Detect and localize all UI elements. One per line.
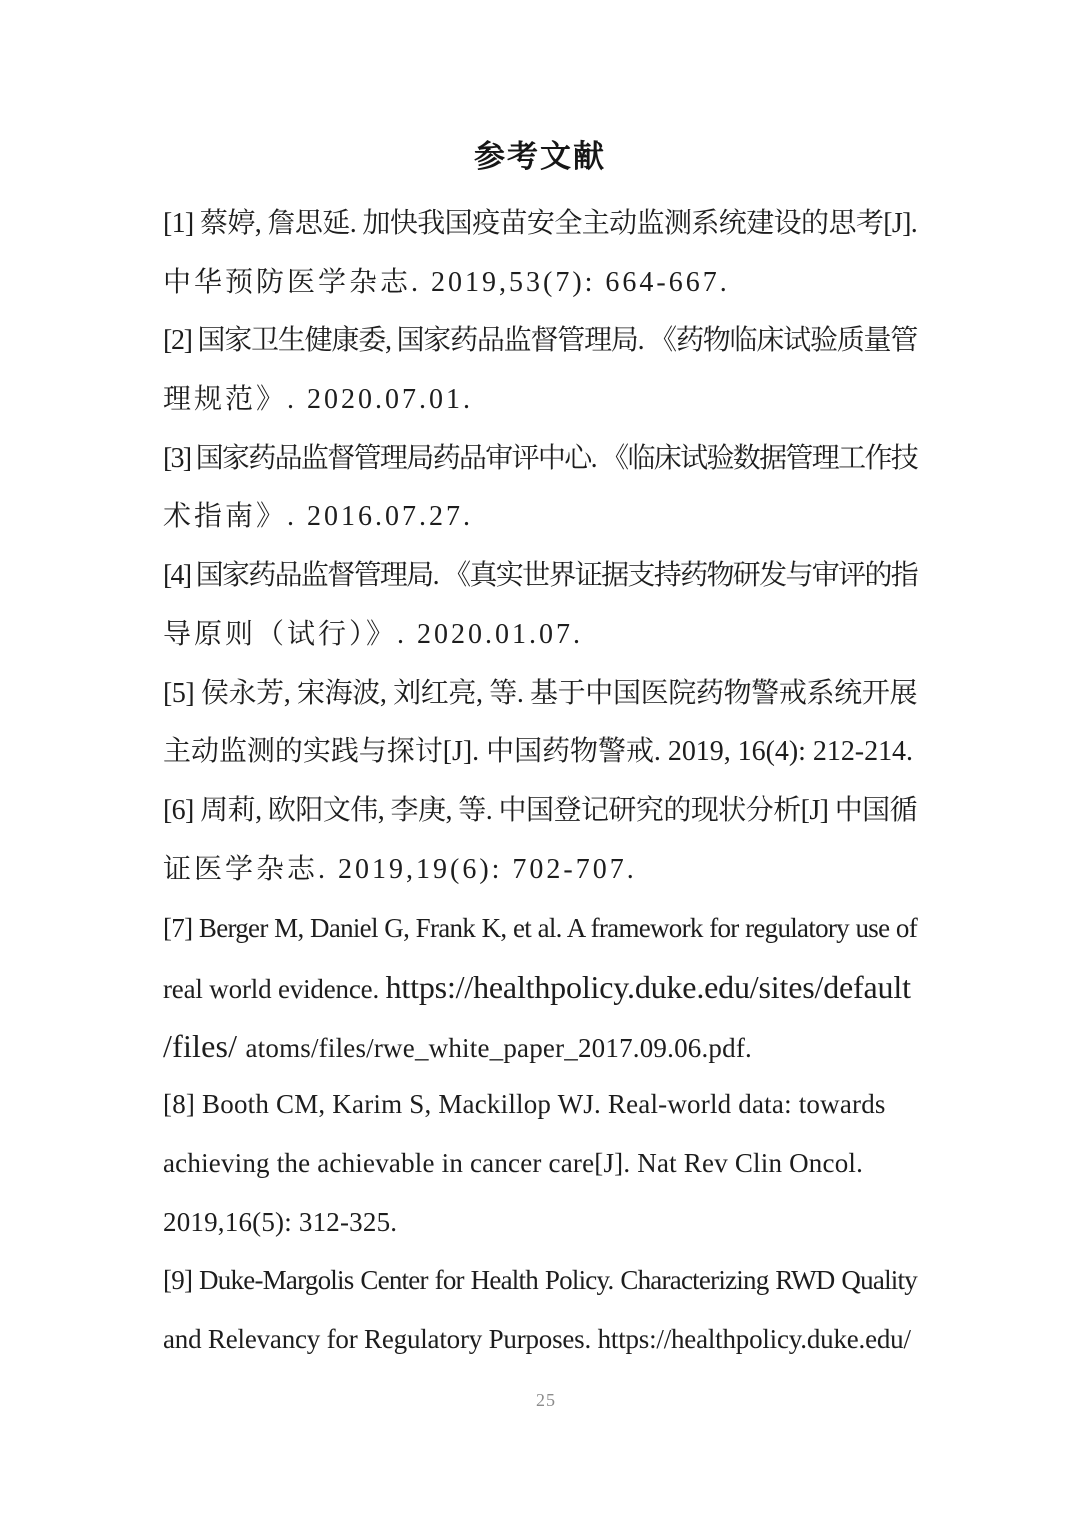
reference-text: [7] Berger M, Daniel G, Frank K, et al. … — [163, 913, 917, 943]
reference-line: [8] Booth CM, Karim S, Mackillop WJ. Rea… — [163, 1075, 917, 1134]
reference-text: 理规范》. 2020.07.01. — [163, 384, 473, 415]
reference-line: and Relevancy for Regulatory Purposes. h… — [163, 1310, 917, 1369]
page-title: 参考文献 — [0, 0, 1080, 184]
reference-item: [6] 周莉, 欧阳文伟, 李庚, 等. 中国登记研究的现状分析[J] 中国循证… — [163, 782, 917, 899]
reference-text: 主动监测的实践与探讨[J]. 中国药物警戒. 2019, 16(4): 212-… — [163, 736, 913, 767]
reference-text: and Relevancy for Regulatory Purposes. h… — [163, 1324, 911, 1354]
page-number: 25 — [0, 1390, 1080, 1411]
reference-line: [3] 国家药品监督管理局药品审评中心. 《临床试验数据管理工作技 — [163, 430, 917, 489]
reference-line: 主动监测的实践与探讨[J]. 中国药物警戒. 2019, 16(4): 212-… — [163, 723, 917, 782]
reference-line: 术指南》. 2016.07.27. — [163, 488, 917, 547]
reference-item: [8] Booth CM, Karim S, Mackillop WJ. Rea… — [163, 1075, 917, 1251]
reference-item: [7] Berger M, Daniel G, Frank K, et al. … — [163, 899, 917, 1075]
reference-item: [3] 国家药品监督管理局药品审评中心. 《临床试验数据管理工作技术指南》. 2… — [163, 430, 917, 547]
reference-item: [1] 蔡婷, 詹思延. 加快我国疫苗安全主动监测系统建设的思考[J].中华预防… — [163, 195, 917, 312]
reference-text: achieving the achievable in cancer care[… — [163, 1148, 863, 1178]
reference-text: 2019,16(5): 312-325. — [163, 1207, 397, 1237]
reference-line: [1] 蔡婷, 詹思延. 加快我国疫苗安全主动监测系统建设的思考[J]. — [163, 195, 917, 254]
reference-line: real world evidence. https://healthpolic… — [163, 958, 917, 1017]
reference-item: [9] Duke-Margolis Center for Health Poli… — [163, 1251, 917, 1368]
reference-text: atoms/files/rwe_white_paper_2017.09.06.p… — [245, 1033, 752, 1063]
reference-line: [4] 国家药品监督管理局. 《真实世界证据支持药物研发与审评的指 — [163, 547, 917, 606]
reference-url-text: https://healthpolicy.duke.edu/sites/defa… — [386, 969, 911, 1005]
reference-line: [7] Berger M, Daniel G, Frank K, et al. … — [163, 899, 917, 958]
reference-text: [8] Booth CM, Karim S, Mackillop WJ. Rea… — [163, 1089, 886, 1119]
reference-line: [2] 国家卫生健康委, 国家药品监督管理局. 《药物临床试验质量管 — [163, 312, 917, 371]
reference-url-text: /files/ — [163, 1028, 245, 1064]
reference-text: 中华预防医学杂志. 2019,53(7): 664-667. — [163, 267, 730, 298]
reference-text: [3] 国家药品监督管理局药品审评中心. 《临床试验数据管理工作技 — [163, 443, 917, 474]
reference-text: [9] Duke-Margolis Center for Health Poli… — [163, 1265, 917, 1295]
reference-text: [4] 国家药品监督管理局. 《真实世界证据支持药物研发与审评的指 — [163, 560, 917, 591]
reference-line: [9] Duke-Margolis Center for Health Poli… — [163, 1251, 917, 1310]
reference-item: [2] 国家卫生健康委, 国家药品监督管理局. 《药物临床试验质量管理规范》. … — [163, 312, 917, 429]
references-list: [1] 蔡婷, 詹思延. 加快我国疫苗安全主动监测系统建设的思考[J].中华预防… — [163, 195, 917, 1369]
reference-item: [4] 国家药品监督管理局. 《真实世界证据支持药物研发与审评的指导原则（试行）… — [163, 547, 917, 664]
reference-text: real world evidence. — [163, 974, 386, 1004]
reference-line: 中华预防医学杂志. 2019,53(7): 664-667. — [163, 254, 917, 313]
reference-text: [1] 蔡婷, 詹思延. 加快我国疫苗安全主动监测系统建设的思考[J]. — [163, 208, 917, 239]
reference-line: [5] 侯永芳, 宋海波, 刘红亮, 等. 基于中国医院药物警戒系统开展 — [163, 665, 917, 724]
reference-line: 2019,16(5): 312-325. — [163, 1193, 917, 1252]
reference-text: [5] 侯永芳, 宋海波, 刘红亮, 等. 基于中国医院药物警戒系统开展 — [163, 678, 917, 709]
reference-line: 理规范》. 2020.07.01. — [163, 371, 917, 430]
reference-item: [5] 侯永芳, 宋海波, 刘红亮, 等. 基于中国医院药物警戒系统开展主动监测… — [163, 665, 917, 782]
reference-line: achieving the achievable in cancer care[… — [163, 1134, 917, 1193]
reference-text: 导原则（试行）》. 2020.01.07. — [163, 619, 583, 650]
reference-text: 术指南》. 2016.07.27. — [163, 501, 473, 532]
document-page: 参考文献 [1] 蔡婷, 詹思延. 加快我国疫苗安全主动监测系统建设的思考[J]… — [0, 0, 1080, 1527]
reference-line: 导原则（试行）》. 2020.01.07. — [163, 606, 917, 665]
reference-line: 证医学杂志. 2019,19(6): 702-707. — [163, 841, 917, 900]
reference-line: /files/ atoms/files/rwe_white_paper_2017… — [163, 1017, 917, 1076]
reference-text: 证医学杂志. 2019,19(6): 702-707. — [163, 854, 637, 885]
reference-text: [6] 周莉, 欧阳文伟, 李庚, 等. 中国登记研究的现状分析[J] 中国循 — [163, 795, 917, 826]
reference-text: [2] 国家卫生健康委, 国家药品监督管理局. 《药物临床试验质量管 — [163, 325, 917, 356]
reference-line: [6] 周莉, 欧阳文伟, 李庚, 等. 中国登记研究的现状分析[J] 中国循 — [163, 782, 917, 841]
